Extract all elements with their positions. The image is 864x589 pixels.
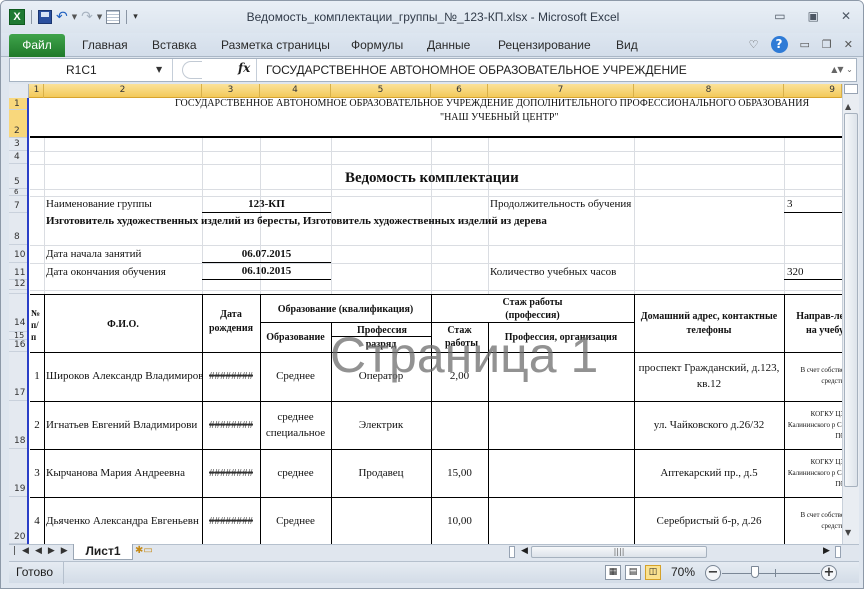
cell-profession[interactable]: Оператор (331, 353, 431, 399)
th-experience: Стаж работы (431, 324, 488, 350)
ribbon-controls: ♡ ? ▭ ❐ ✕ (749, 36, 853, 53)
cell-area[interactable]: ГОСУДАРСТВЕННОЕ АВТОНОМНОЕ ОБРАЗОВАТЕЛЬН… (30, 98, 842, 544)
cell-birth[interactable]: ######## (202, 353, 260, 399)
window-controls: ▭ ▣ ✕ (774, 9, 851, 23)
cell-address[interactable]: проспект Гражданский, д.123, кв.12 (634, 353, 784, 399)
scroll-thumb[interactable] (844, 113, 858, 487)
sheet-tab-active[interactable]: Лист1 (73, 544, 133, 560)
th-profession-org: Профессия, организация (488, 332, 634, 343)
cell-profession[interactable] (331, 498, 431, 544)
cell-direction[interactable]: В счет собстве средств (786, 498, 842, 544)
th-direction: Направ-ле на учебу (788, 310, 842, 340)
column-headers: 1 2 3 4 5 6 7 8 9 (9, 84, 842, 98)
cell-direction[interactable]: КОГКУ ЦЗ Калининского р С-Пб (786, 402, 842, 448)
horizontal-scroll-thumb[interactable]: |||| (531, 546, 707, 558)
zoom-slider-track[interactable] (722, 573, 820, 574)
org-name-line1: ГОСУДАРСТВЕННОЕ АВТОНОМНОЕ ОБРАЗОВАТЕЛЬН… (175, 98, 809, 109)
end-date-value[interactable]: 06.10.2015 (202, 265, 331, 277)
cell-fio[interactable]: Дьяченко Александра Евгеньевн (46, 498, 202, 544)
group-value[interactable]: 123-КП (202, 198, 331, 210)
cell-num[interactable]: 4 (30, 498, 44, 544)
zoom-level[interactable]: 70% (671, 562, 695, 583)
cell-profession[interactable]: Электрик (331, 402, 431, 448)
row-header[interactable]: 2 (9, 110, 27, 138)
row-header[interactable]: 16 (9, 340, 27, 352)
row-header[interactable]: 10 (9, 245, 27, 263)
row-header[interactable]: 1 (9, 98, 27, 110)
worksheet: 1 2 3 4 5 6 7 8 9 1 2 3 4 5 6 7 8 10 11 … (9, 84, 842, 544)
cell-education[interactable]: среднее специальное (260, 402, 331, 448)
split-handle[interactable] (844, 84, 858, 94)
hours-value[interactable]: 320 (787, 266, 804, 278)
row-header[interactable]: 17 (9, 352, 27, 401)
status-text: Готово (9, 562, 64, 584)
row-header[interactable]: 6 (9, 189, 27, 196)
tab-file[interactable]: Файл (9, 34, 65, 57)
cell-org[interactable] (488, 353, 634, 399)
row-headers: 1 2 3 4 5 6 7 8 10 11 12 14 15 16 17 18 … (9, 98, 29, 544)
cell-birth[interactable]: ######## (202, 402, 260, 448)
hours-label: Количество учебных часов (490, 266, 616, 278)
th-birth-date: Дата рождения (202, 308, 260, 336)
zoom-in-icon[interactable]: + (821, 565, 837, 581)
title-bar: X ↶ ▼ ↷ ▼ ▾ Ведомость_комплектации_групп… (1, 1, 864, 33)
ribbon-tabs: Файл Главная Вставка Разметка страницы Ф… (1, 33, 864, 57)
group-label: Наименование группы (46, 198, 152, 210)
tab-view[interactable]: Вид (616, 38, 638, 52)
column-header[interactable]: 5 (331, 84, 431, 98)
tab-page-layout[interactable]: Разметка страницы (221, 38, 330, 52)
row-header[interactable]: 12 (9, 280, 27, 290)
page-layout-view-icon[interactable]: ▤ (625, 565, 641, 580)
duration-label: Продолжительность обучения (490, 198, 631, 210)
document-title: Ведомость комплектации (345, 170, 519, 187)
scroll-left-icon[interactable]: ◀ (521, 546, 528, 556)
cell-num[interactable]: 2 (30, 402, 44, 448)
th-profession-rank: Профессия разряд (331, 324, 431, 352)
chevron-down-icon[interactable]: ▼ (156, 59, 162, 81)
cell-direction[interactable]: В счет собстве средств (786, 353, 842, 399)
tab-home[interactable]: Главная (82, 38, 128, 52)
org-name-line2: "НАШ УЧЕБНЫЙ ЦЕНТР" (440, 112, 559, 123)
select-all-corner[interactable] (9, 84, 29, 98)
start-date-value[interactable]: 06.07.2015 (202, 248, 331, 260)
cell-org[interactable] (488, 402, 634, 448)
close-icon[interactable]: ✕ (841, 9, 851, 23)
cell-address[interactable]: Аптекарский пр., д.5 (634, 450, 784, 496)
row-header[interactable]: 8 (9, 213, 27, 245)
status-bar: Готово ▦ ▤ ◫ 70% − + (9, 561, 859, 583)
cell-fio[interactable]: Кырчанова Мария Андреевна (46, 450, 202, 496)
scroll-up-icon[interactable]: ▲ (845, 102, 851, 111)
zoom-slider-thumb[interactable] (751, 566, 759, 578)
formula-bar: R1C1 ▼ fx ГОСУДАРСТВЕННОЕ АВТОНОМНОЕ ОБР… (9, 58, 857, 82)
column-header[interactable]: 1 (30, 84, 44, 98)
cell-direction[interactable]: КОГКУ ЦЗ Калининского р С-Пб (786, 450, 842, 496)
duration-value[interactable]: 3 (787, 198, 793, 210)
column-header[interactable]: 2 (44, 84, 202, 98)
insert-function-icon[interactable]: fx (238, 61, 250, 75)
vertical-scrollbar[interactable]: ▲ ▼ (842, 84, 859, 544)
tab-formulas[interactable]: Формулы (351, 38, 403, 52)
profession-text: Изготовитель художественных изделий из б… (46, 215, 547, 227)
tab-data[interactable]: Данные (427, 38, 470, 52)
row-header[interactable]: 18 (9, 401, 27, 449)
cell-experience[interactable]: 2,00 (431, 353, 488, 399)
cell-experience[interactable]: 15,00 (431, 450, 488, 496)
scroll-down-icon[interactable]: ▼ (845, 528, 851, 537)
cell-birth[interactable]: ######## (202, 498, 260, 544)
formula-bar-expander[interactable] (182, 61, 202, 79)
minimize-ribbon-icon[interactable]: ♡ (749, 38, 759, 51)
name-box[interactable]: R1C1 (10, 59, 173, 81)
cell-education[interactable]: Среднее (260, 498, 331, 544)
th-experience-group: Стаж работы (профессия) (431, 296, 634, 322)
zoom-out-icon[interactable]: − (705, 565, 721, 581)
row-header[interactable]: 5 (9, 164, 27, 189)
cell-num[interactable]: 1 (30, 353, 44, 399)
divider (256, 59, 257, 81)
cell-org[interactable] (488, 450, 634, 496)
start-date-label: Дата начала занятий (46, 248, 141, 260)
cell-birth[interactable]: ######## (202, 450, 260, 496)
cell-num[interactable]: 3 (30, 450, 44, 496)
formula-input[interactable]: ГОСУДАРСТВЕННОЕ АВТОНОМНОЕ ОБРАЗОВАТЕЛЬН… (266, 59, 687, 81)
scroll-right-icon[interactable]: ▶ (823, 546, 830, 556)
column-header[interactable]: 8 (634, 84, 784, 98)
sheet-tab-bar: |◀◀▶▶| Лист1 ✱▭ ◀ |||| ▶ (9, 544, 859, 560)
column-header[interactable]: 6 (431, 84, 488, 98)
minimize-icon[interactable]: ▭ (774, 9, 785, 23)
column-header[interactable]: 9 (784, 84, 842, 98)
workbook-restore-icon[interactable]: ❐ (822, 38, 832, 51)
cell-org[interactable] (488, 498, 634, 544)
formula-expand-icon[interactable]: ▲▼ ⌄ (828, 59, 856, 81)
column-header[interactable]: 7 (488, 84, 634, 98)
end-date-label: Дата окончания обучения (46, 266, 166, 278)
row-header[interactable]: 19 (9, 449, 27, 497)
page-break-view-icon[interactable]: ◫ (645, 565, 661, 580)
th-education-group: Образование (квалификация) (260, 304, 431, 315)
cell-fio[interactable]: Широков Александр Владимиров (46, 353, 202, 399)
column-header[interactable]: 3 (202, 84, 260, 98)
normal-view-icon[interactable]: ▦ (605, 565, 621, 580)
tab-insert[interactable]: Вставка (152, 38, 197, 52)
row-header[interactable]: 20 (9, 497, 27, 544)
th-address: Домашний адрес, контактные телефоны (634, 310, 784, 338)
window-title: Ведомость_комплектации_группы_№_123-КП.x… (1, 10, 864, 24)
insert-sheet-icon[interactable]: ✱▭ (135, 545, 159, 559)
cell-education[interactable]: среднее (260, 450, 331, 496)
workbook-minimize-icon[interactable]: ▭ (800, 38, 810, 51)
th-number: № п/п (31, 307, 43, 343)
view-buttons: ▦ ▤ ◫ (605, 565, 661, 580)
cell-fio[interactable]: Игнатьев Евгений Владимирови (46, 402, 202, 448)
tab-split-handle[interactable] (509, 546, 515, 558)
cell-experience[interactable] (431, 402, 488, 448)
row-header[interactable]: 7 (9, 196, 27, 213)
zoom-100-tick (775, 569, 776, 577)
cell-experience[interactable]: 10,00 (431, 498, 488, 544)
cell-address[interactable]: ул. Чайковского д.26/32 (634, 402, 784, 448)
row-header[interactable]: 4 (9, 151, 27, 164)
row-header[interactable]: 14 (9, 294, 27, 332)
row-header[interactable]: 3 (9, 138, 27, 151)
cell-address[interactable]: Серебристый б-р, д.26 (634, 498, 784, 544)
maximize-icon[interactable]: ▣ (808, 9, 819, 23)
row-header[interactable]: 15 (9, 332, 27, 340)
th-education: Образование (260, 332, 331, 343)
excel-window: X ↶ ▼ ↷ ▼ ▾ Ведомость_комплектации_групп… (0, 0, 864, 589)
row-header[interactable]: 11 (9, 263, 27, 280)
tab-review[interactable]: Рецензирование (498, 38, 591, 52)
split-handle[interactable] (835, 546, 841, 558)
cell-education[interactable]: Среднее (260, 353, 331, 399)
cell-profession[interactable]: Продавец (331, 450, 431, 496)
th-fio: Ф.И.О. (44, 319, 202, 330)
help-icon[interactable]: ? (771, 36, 788, 53)
column-header[interactable]: 4 (260, 84, 331, 98)
workbook-close-icon[interactable]: ✕ (844, 38, 853, 51)
